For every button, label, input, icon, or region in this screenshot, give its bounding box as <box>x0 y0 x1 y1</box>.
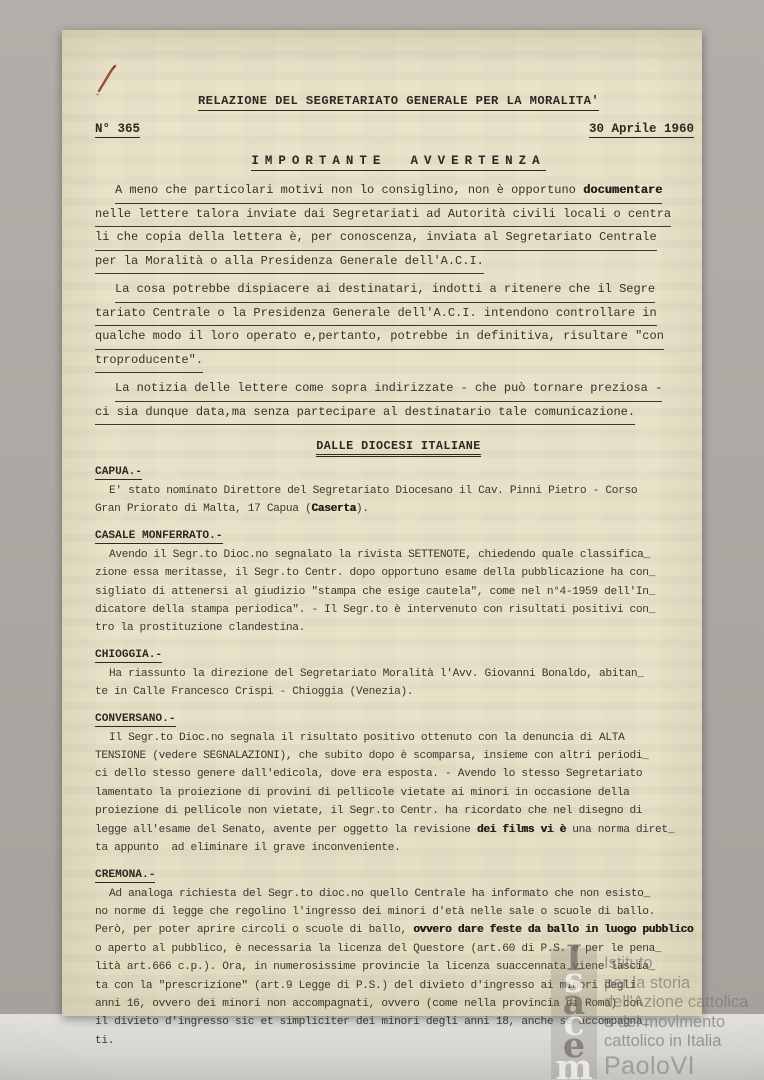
diocese-section-line: zione essa meritasse, il Segr.to Centr. … <box>95 564 702 582</box>
notice-line: ci sia dunque data,ma senza partecipare … <box>95 402 702 426</box>
diocese-section-line: lamentato la proiezione di provini di pe… <box>95 784 702 802</box>
diocese-section-line: te in Calle Francesco Crispi - Chioggia … <box>95 683 702 701</box>
notice-heading: IMPORTANTE AVVERTENZA <box>95 154 702 168</box>
diocese-section-line: tro la prostituzione clandestina. <box>95 619 702 637</box>
notice-line: li che copia della lettera è, per conosc… <box>95 227 702 251</box>
diocese-section-heading: CAPUA.- <box>95 466 142 480</box>
diocese-section-heading: CONVERSANO.- <box>95 713 176 727</box>
isacem-text-line: e del movimento <box>604 1013 748 1033</box>
diocese-section-line: Avendo il Segr.to Dioc.no segnalato la r… <box>95 546 702 564</box>
diocese-section-line: no norme di legge che regolino l'ingress… <box>95 903 702 921</box>
diocese-section-heading: CREMONA.- <box>95 869 155 883</box>
isacem-watermark: Isacem Istitutoper la storiadell'Azione … <box>551 948 748 1079</box>
isacem-text-line: cattolico in Italia <box>604 1032 748 1052</box>
diocese-section-heading: CASALE MONFERRATO.- <box>95 530 223 544</box>
notice-line: tariato Centrale o la Presidenza General… <box>95 303 702 327</box>
diocese-section-line: Però, per poter aprire circoli o scuole … <box>95 921 702 939</box>
diocese-section-line: Gran Priorato di Malta, 17 Capua (Casert… <box>95 500 702 518</box>
isacem-logo-letter: m <box>555 1057 592 1079</box>
isacem-text-line: Istituto <box>604 954 748 974</box>
isacem-text-line: dell'Azione cattolica <box>604 993 748 1013</box>
notice-paragraph: La cosa potrebbe dispiacere ai destinata… <box>95 279 702 373</box>
notice-line: La notizia delle lettere come sopra indi… <box>95 378 702 402</box>
diocese-section: CONVERSANO.-Il Segr.to Dioc.no segnala i… <box>95 708 702 858</box>
photo-background: RELAZIONE DEL SEGRETARIATO GENERALE PER … <box>0 0 764 1080</box>
diocese-section-line: ci dello stesso genere dall'edicola, dov… <box>95 765 702 783</box>
diocese-section-line: Ad analoga richiesta del Segr.to dioc.no… <box>95 885 702 903</box>
diocese-section-line: E' stato nominato Direttore del Segretar… <box>95 482 702 500</box>
document-title: RELAZIONE DEL SEGRETARIATO GENERALE PER … <box>95 94 702 108</box>
document-date: 30 Aprile 1960 <box>589 122 694 138</box>
notice-line: nelle lettere talora inviate dai Segreta… <box>95 204 702 228</box>
diocese-section-line: dicatore della stampa periodica". - Il S… <box>95 601 702 619</box>
document-meta-row: N° 365 30 Aprile 1960 <box>95 122 702 138</box>
diocese-section-line: ta appunto ad eliminare il grave inconve… <box>95 839 702 857</box>
notice-line: troproducente". <box>95 350 702 374</box>
document-page: RELAZIONE DEL SEGRETARIATO GENERALE PER … <box>62 30 702 1016</box>
document-content: RELAZIONE DEL SEGRETARIATO GENERALE PER … <box>95 30 702 1050</box>
notice-paragraph: La notizia delle lettere come sopra indi… <box>95 378 702 425</box>
notice-paragraph: A meno che particolari motivi non lo con… <box>95 180 702 274</box>
notice-heading-text: IMPORTANTE AVVERTENZA <box>251 154 545 171</box>
document-title-text: RELAZIONE DEL SEGRETARIATO GENERALE PER … <box>198 94 599 111</box>
notice-line: per la Moralità o alla Presidenza Genera… <box>95 251 702 275</box>
isacem-text: Istitutoper la storiadell'Azione cattoli… <box>604 948 748 1079</box>
diocese-section-line: legge all'esame del Senato, avente per o… <box>95 821 702 839</box>
isacem-logo: Isacem <box>551 948 597 1079</box>
diocese-heading: DALLE DIOCESI ITALIANE <box>95 439 702 453</box>
diocese-section-line: TENSIONE (vedere SEGNALAZIONI), che subi… <box>95 747 702 765</box>
diocese-section: CAPUA.-E' stato nominato Direttore del S… <box>95 461 702 519</box>
notice-paragraphs: A meno che particolari motivi non lo con… <box>95 180 702 425</box>
diocese-heading-text: DALLE DIOCESI ITALIANE <box>316 439 481 457</box>
diocese-section: CHIOGGIA.-Ha riassunto la direzione del … <box>95 644 702 702</box>
notice-line: qualche modo il loro operato e,pertanto,… <box>95 326 702 350</box>
diocese-section-line: Il Segr.to Dioc.no segnala il risultato … <box>95 729 702 747</box>
document-number: N° 365 <box>95 122 140 138</box>
paolo-vi-brand: PaoloVI <box>604 1053 748 1079</box>
notice-line: A meno che particolari motivi non lo con… <box>95 180 702 204</box>
diocese-section-line: Ha riassunto la direzione del Segretaria… <box>95 665 702 683</box>
isacem-text-line: per la storia <box>604 974 748 994</box>
notice-line: La cosa potrebbe dispiacere ai destinata… <box>95 279 702 303</box>
diocese-section: CASALE MONFERRATO.-Avendo il Segr.to Dio… <box>95 525 702 638</box>
diocese-section-line: proiezione di pellicole non vietate, il … <box>95 802 702 820</box>
diocese-section-heading: CHIOGGIA.- <box>95 649 162 663</box>
diocese-section-line: sigliato di attenersi al giudizio "stamp… <box>95 583 702 601</box>
